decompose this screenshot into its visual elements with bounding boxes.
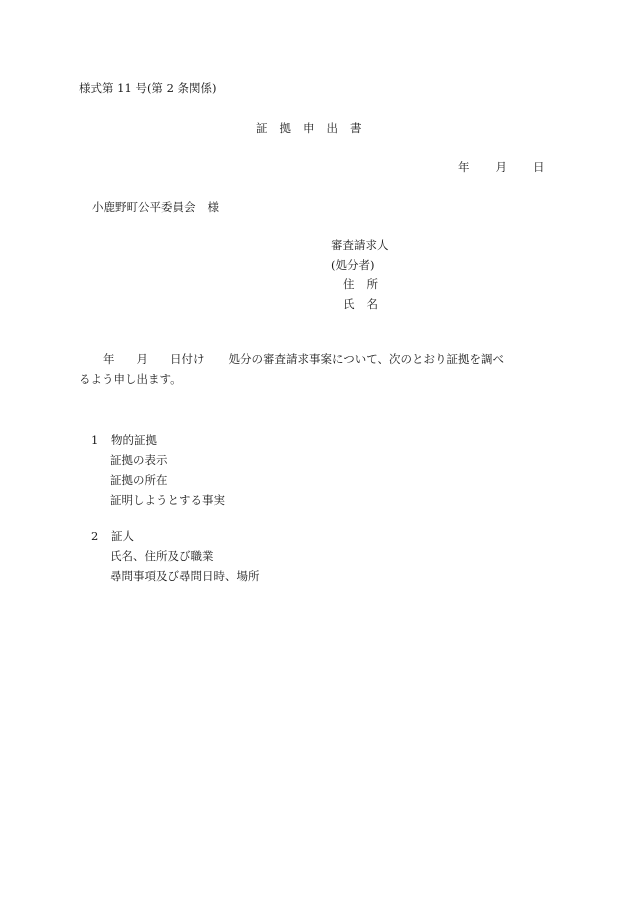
- section-witness: 2証人 氏名、住所及び職業 尋問事項及び尋問日時、場所: [91, 526, 260, 586]
- list-item: 証明しようとする事実: [91, 490, 225, 510]
- body-line-1: 年月日付け処分の審査請求事案について、次のとおり証拠を調べ: [79, 349, 554, 369]
- body-paragraph: 年月日付け処分の審査請求事案について、次のとおり証拠を調べ るよう申し出ます。: [79, 349, 554, 389]
- applicant-sub-role: (処分者): [331, 255, 389, 275]
- document-title: 証拠申出書: [256, 118, 374, 138]
- body-text-1: 処分の審査請求事案について、次のとおり証拠を調べ: [229, 352, 505, 366]
- date-month-label: 月: [496, 157, 508, 177]
- section-number: 1: [91, 430, 111, 450]
- date-line: 年月日: [458, 157, 545, 177]
- applicant-role: 審査請求人: [331, 235, 389, 255]
- address-label-char-2: 所: [367, 277, 379, 291]
- body-month-label: 月: [137, 352, 149, 366]
- body-line-2: るよう申し出ます。: [79, 369, 554, 389]
- date-day-label: 日: [533, 157, 545, 177]
- address-label-char-1: 住: [343, 277, 355, 291]
- form-number: 様式第 11 号(第 2 条関係): [79, 78, 217, 98]
- section-number: 2: [91, 526, 111, 546]
- applicant-address-label: 住所: [331, 274, 389, 294]
- body-day-label: 日付け: [170, 352, 205, 366]
- section-heading: 2証人: [91, 526, 260, 546]
- addressee-honorific: 様: [208, 200, 220, 214]
- addressee: 小鹿野町公平委員会様: [92, 197, 219, 217]
- section-heading: 1物的証拠: [91, 430, 225, 450]
- list-item: 氏名、住所及び職業: [91, 546, 260, 566]
- section-title: 証人: [111, 529, 134, 543]
- body-year-label: 年: [103, 352, 115, 366]
- list-item: 証拠の所在: [91, 470, 225, 490]
- applicant-name-label: 氏名: [331, 294, 389, 314]
- applicant-block: 審査請求人 (処分者) 住所 氏名: [331, 235, 389, 313]
- name-label-char-2: 名: [367, 297, 379, 311]
- section-physical-evidence: 1物的証拠 証拠の表示 証拠の所在 証明しようとする事実: [91, 430, 225, 510]
- date-year-label: 年: [458, 157, 470, 177]
- list-item: 尋問事項及び尋問日時、場所: [91, 566, 260, 586]
- name-label-char-1: 氏: [343, 297, 355, 311]
- list-item: 証拠の表示: [91, 450, 225, 470]
- addressee-name: 小鹿野町公平委員会: [92, 200, 196, 214]
- section-title: 物的証拠: [111, 433, 157, 447]
